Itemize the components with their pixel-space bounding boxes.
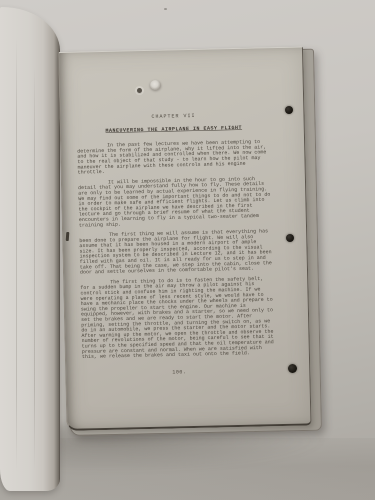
binder-ring-hole xyxy=(150,80,161,90)
paragraph-1: In the past few lectures we have been at… xyxy=(77,140,272,176)
document-page: CHAPTER VII MANEUVERING THE AIRPLANE IN … xyxy=(58,46,312,430)
page-title: MANEUVERING THE AIRPLANE IN EASY FLIGHT xyxy=(77,125,271,135)
punch-hole-top xyxy=(285,106,293,114)
paragraph-4: The first thing to do is to fasten the s… xyxy=(80,277,276,361)
book-left-pages xyxy=(0,7,60,491)
paragraph-2: It will be impossible in the hour to go … xyxy=(78,177,273,229)
page-edge-line xyxy=(34,67,35,471)
chapter-heading: CHAPTER VII xyxy=(76,112,270,122)
paragraph-3: The first thing we will assume is that e… xyxy=(79,229,274,276)
page-edge-line xyxy=(16,37,17,471)
photo-of-open-book: CHAPTER VII MANEUVERING THE AIRPLANE IN … xyxy=(0,0,375,500)
punch-hole-middle xyxy=(286,234,294,242)
background-speck xyxy=(164,8,167,10)
margin-pencil-mark xyxy=(66,232,70,241)
typed-text-block: CHAPTER VII MANEUVERING THE AIRPLANE IN … xyxy=(76,112,278,416)
punch-hole-bottom xyxy=(288,364,297,373)
page-number: 100. xyxy=(82,368,276,378)
typed-text-scale-wrapper: CHAPTER VII MANEUVERING THE AIRPLANE IN … xyxy=(76,112,276,378)
binder-dot-hole xyxy=(137,88,142,93)
